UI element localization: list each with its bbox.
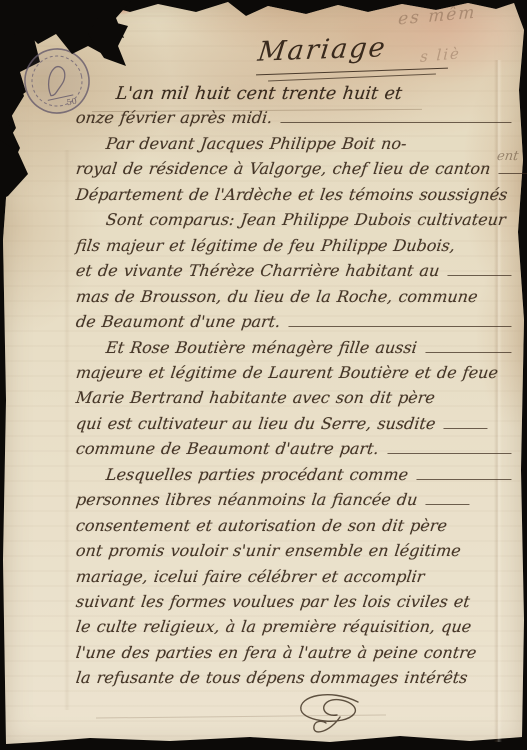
manuscript-line: Marie Bertrand habitante avec son dit pè… [75,389,515,407]
line-text: et de vivante Thérèze Charrière habitant… [75,262,441,280]
manuscript-line: Et Rose Boutière ménagère fille aussi [105,339,515,357]
line-text: onze février après midi. [75,109,274,127]
line-text: Département de l'Ardèche et les témoins … [75,186,509,204]
manuscript-line: Par devant Jacques Philippe Boit no- [105,135,515,153]
ink-rule [425,343,512,353]
ink-rule [281,114,513,124]
ink-rule [426,496,471,506]
manuscript-line: consentement et autorisation de son dit … [75,517,515,535]
line-text: l'une des parties en fera à l'autre à pe… [75,644,478,662]
line-text: mariage, icelui faire célébrer et accomp… [75,568,426,586]
line-text: le culte religieux, à la première réquis… [75,618,472,636]
line-text: commune de Beaumont d'autre part. [75,440,380,458]
line-text: la refusante de tous dépens dommages int… [75,669,469,687]
ink-rule [499,165,527,175]
line-text: ont promis vouloir s'unir ensemble en lé… [75,542,462,560]
manuscript-line: Lesquelles parties procédant comme [105,466,515,484]
manuscript-page: 50 es mêm s liè ent Mariage L'an mil hui… [0,0,527,750]
manuscript-line: L'an mil huit cent trente huit et [115,84,515,104]
manuscript-line: mariage, icelui faire célébrer et accomp… [75,568,515,586]
line-text: royal de résidence à Valgorge, chef lieu… [75,160,492,178]
ink-rule [448,267,513,277]
manuscript-line: le culte religieux, à la première réquis… [75,618,515,636]
line-text: Marie Bertrand habitante avec son dit pè… [75,389,436,407]
ink-rule [289,317,513,327]
line-text: L'an mil huit cent trente huit et [115,84,403,104]
line-text: Et Rose Boutière ménagère fille aussi [105,339,418,357]
manuscript-line: la refusante de tous dépens dommages int… [75,669,515,687]
manuscript-line: qui est cultivateur au lieu du Serre, su… [75,415,515,433]
fold-crease [64,150,70,710]
manuscript-line: l'une des parties en fera à l'autre à pe… [75,644,515,662]
line-text: mas de Brousson, du lieu de la Roche, co… [75,288,479,306]
line-text: personnes libres néanmoins la fiancée du [75,491,419,509]
line-text: qui est cultivateur au lieu du Serre, su… [75,415,437,433]
ink-rule [416,470,512,480]
manuscript-line: onze février après midi. [75,109,515,127]
manuscript-line: Sont comparus: Jean Philippe Dubois cult… [105,211,515,229]
manuscript-line: Département de l'Ardèche et les témoins … [75,186,515,204]
manuscript-line: ont promis vouloir s'unir ensemble en lé… [75,542,515,560]
line-text: fils majeur et légitime de feu Philippe … [75,237,456,255]
line-text: majeure et légitime de Laurent Boutière … [75,364,499,382]
manuscript-line: et de vivante Thérèze Charrière habitant… [75,262,515,280]
paraph-flourish [286,688,378,744]
manuscript-line: suivant les formes voulues par les lois … [75,593,515,611]
manuscript-line: commune de Beaumont d'autre part. [75,440,515,458]
line-text: de Beaumont d'une part. [75,313,282,331]
line-text: suivant les formes voulues par les lois … [75,593,471,611]
manuscript-line: mas de Brousson, du lieu de la Roche, co… [75,288,515,306]
line-text: Par devant Jacques Philippe Boit no- [105,135,408,153]
line-text: consentement et autorisation de son dit … [75,517,448,535]
manuscript-line: de Beaumont d'une part. [75,313,515,331]
manuscript-line: fils majeur et légitime de feu Philippe … [75,237,515,255]
line-text: Lesquelles parties procédant comme [105,466,409,484]
line-text: Sont comparus: Jean Philippe Dubois cult… [105,211,507,229]
manuscript-line: majeure et légitime de Laurent Boutière … [75,364,515,382]
ink-rule [444,419,489,429]
manuscript-line: royal de résidence à Valgorge, chef lieu… [75,160,515,178]
ink-rule [387,445,513,455]
manuscript-line: personnes libres néanmoins la fiancée du [75,491,515,509]
